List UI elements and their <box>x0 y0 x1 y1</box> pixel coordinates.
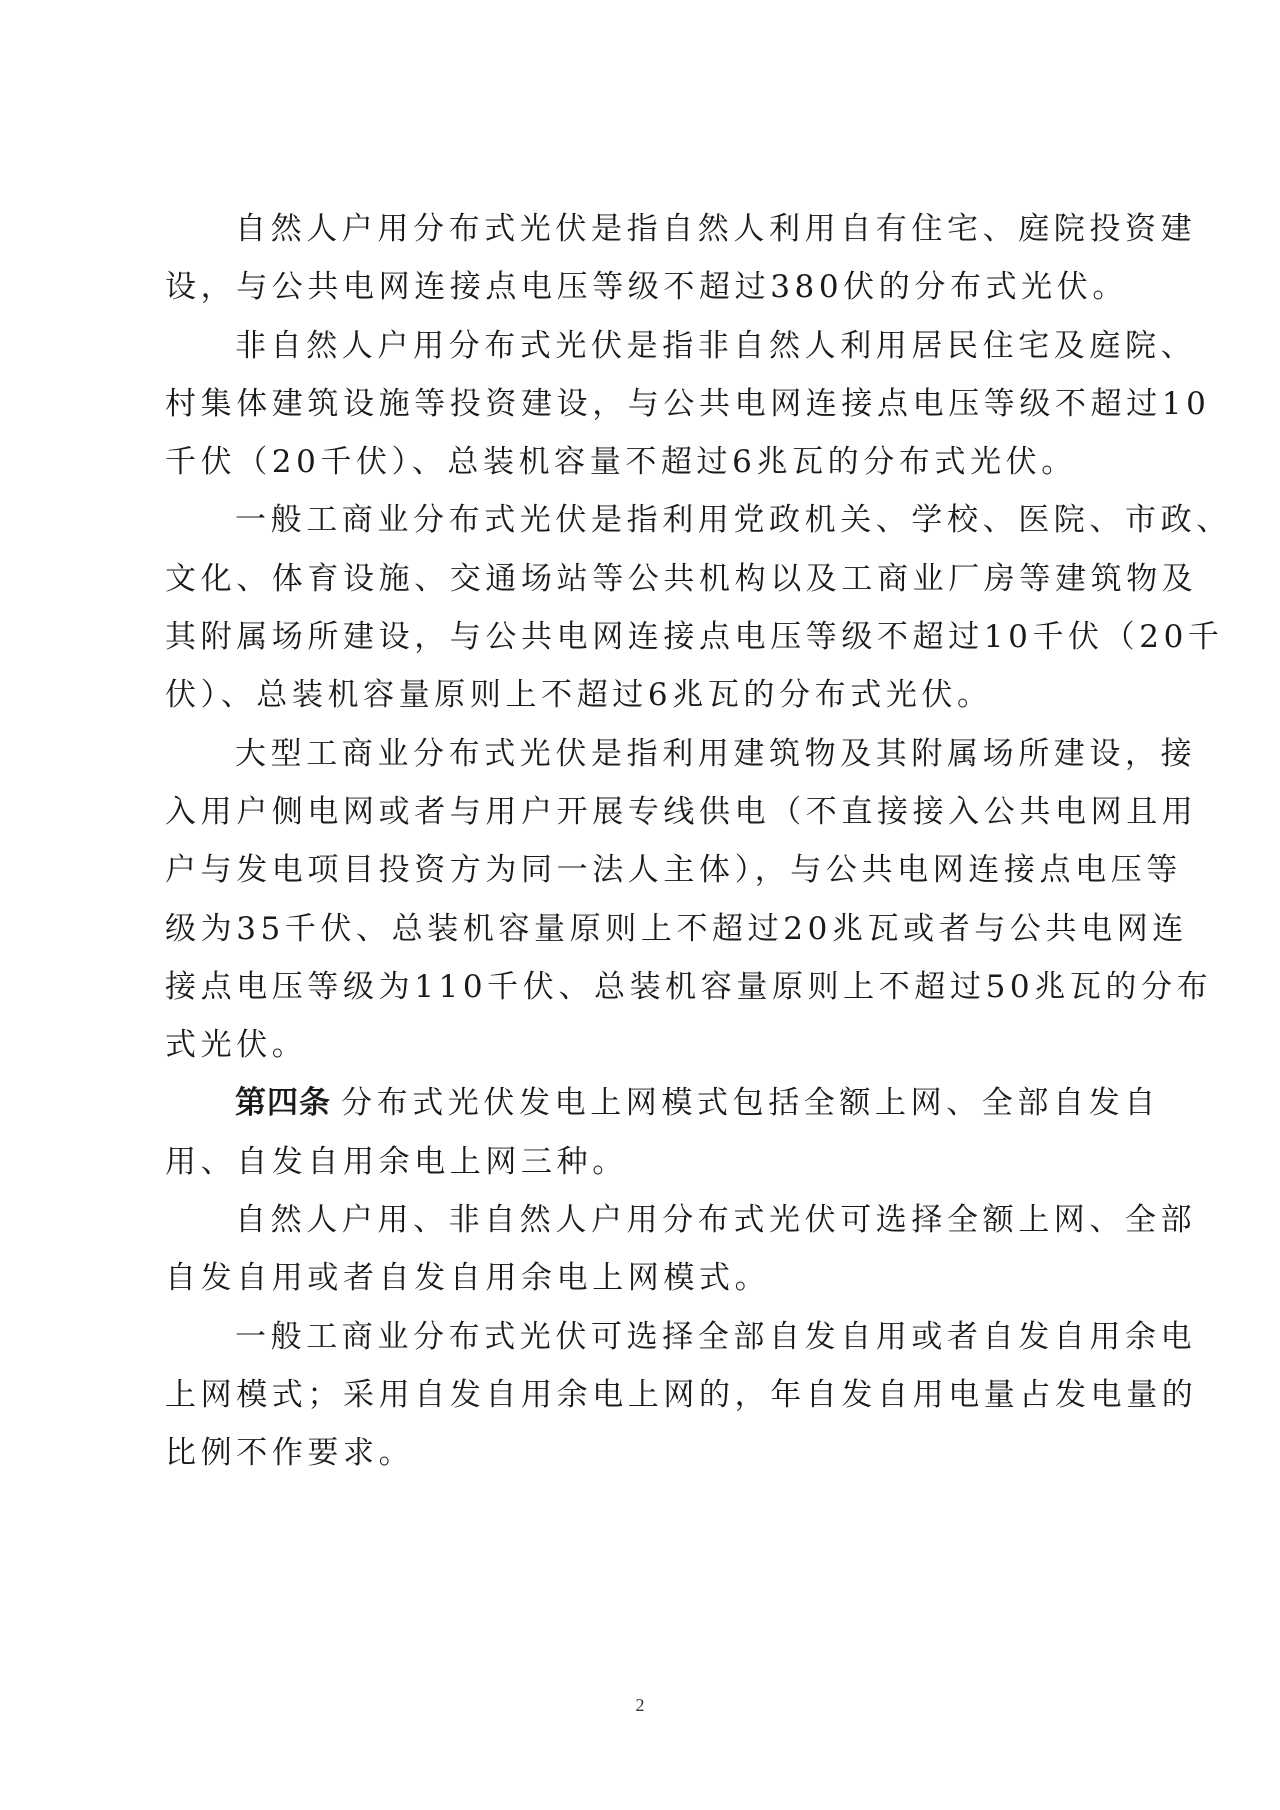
paragraph-line: 一般工商业分布式光伏是指利用党政机关、学校、医院、市政、 <box>165 491 1115 549</box>
paragraph-line: 接点电压等级为110千伏、总装机容量原则上不超过50兆瓦的分布 <box>165 958 1115 1016</box>
page-number: 2 <box>0 1695 1280 1716</box>
paragraph-text: 分布式光伏发电上网模式包括全额上网、全部自发自 <box>341 1085 1160 1121</box>
paragraph-line: 用、自发自用余电上网三种。 <box>165 1133 1115 1191</box>
paragraph-line: 上网模式；采用自发自用余电上网的，年自发自用电量占发电量的 <box>165 1366 1115 1424</box>
paragraph-line: 设，与公共电网连接点电压等级不超过380伏的分布式光伏。 <box>165 258 1115 316</box>
paragraph-line: 自然人户用、非自然人户用分布式光伏可选择全额上网、全部 <box>165 1191 1115 1249</box>
article-heading-line: 第四条分布式光伏发电上网模式包括全额上网、全部自发自 <box>165 1074 1115 1132</box>
paragraph-line: 入用户侧电网或者与用户开展专线供电（不直接接入公共电网且用 <box>165 783 1115 841</box>
paragraph-line: 自发自用或者自发自用余电上网模式。 <box>165 1249 1115 1307</box>
paragraph-line: 千伏（20千伏）、总装机容量不超过6兆瓦的分布式光伏。 <box>165 433 1115 491</box>
paragraph-line: 式光伏。 <box>165 1016 1115 1074</box>
paragraph-line: 其附属场所建设，与公共电网连接点电压等级不超过10千伏（20千 <box>165 608 1115 666</box>
paragraph-line: 级为35千伏、总装机容量原则上不超过20兆瓦或者与公共电网连 <box>165 900 1115 958</box>
paragraph-line: 户与发电项目投资方为同一法人主体），与公共电网连接点电压等 <box>165 841 1115 899</box>
paragraph-line: 自然人户用分布式光伏是指自然人利用自有住宅、庭院投资建 <box>165 200 1115 258</box>
paragraph-line: 村集体建筑设施等投资建设，与公共电网连接点电压等级不超过10 <box>165 375 1115 433</box>
paragraph-line: 文化、体育设施、交通场站等公共机构以及工商业厂房等建筑物及 <box>165 550 1115 608</box>
paragraph-line: 一般工商业分布式光伏可选择全部自发自用或者自发自用余电 <box>165 1308 1115 1366</box>
article-heading: 第四条 <box>235 1085 331 1121</box>
paragraph-line: 伏）、总装机容量原则上不超过6兆瓦的分布式光伏。 <box>165 666 1115 724</box>
paragraph-line: 比例不作要求。 <box>165 1424 1115 1482</box>
paragraph-line: 大型工商业分布式光伏是指利用建筑物及其附属场所建设，接 <box>165 725 1115 783</box>
paragraph-line: 非自然人户用分布式光伏是指非自然人利用居民住宅及庭院、 <box>165 317 1115 375</box>
document-body: 自然人户用分布式光伏是指自然人利用自有住宅、庭院投资建 设，与公共电网连接点电压… <box>165 200 1115 1483</box>
document-page: 自然人户用分布式光伏是指自然人利用自有住宅、庭院投资建 设，与公共电网连接点电压… <box>0 0 1280 1810</box>
